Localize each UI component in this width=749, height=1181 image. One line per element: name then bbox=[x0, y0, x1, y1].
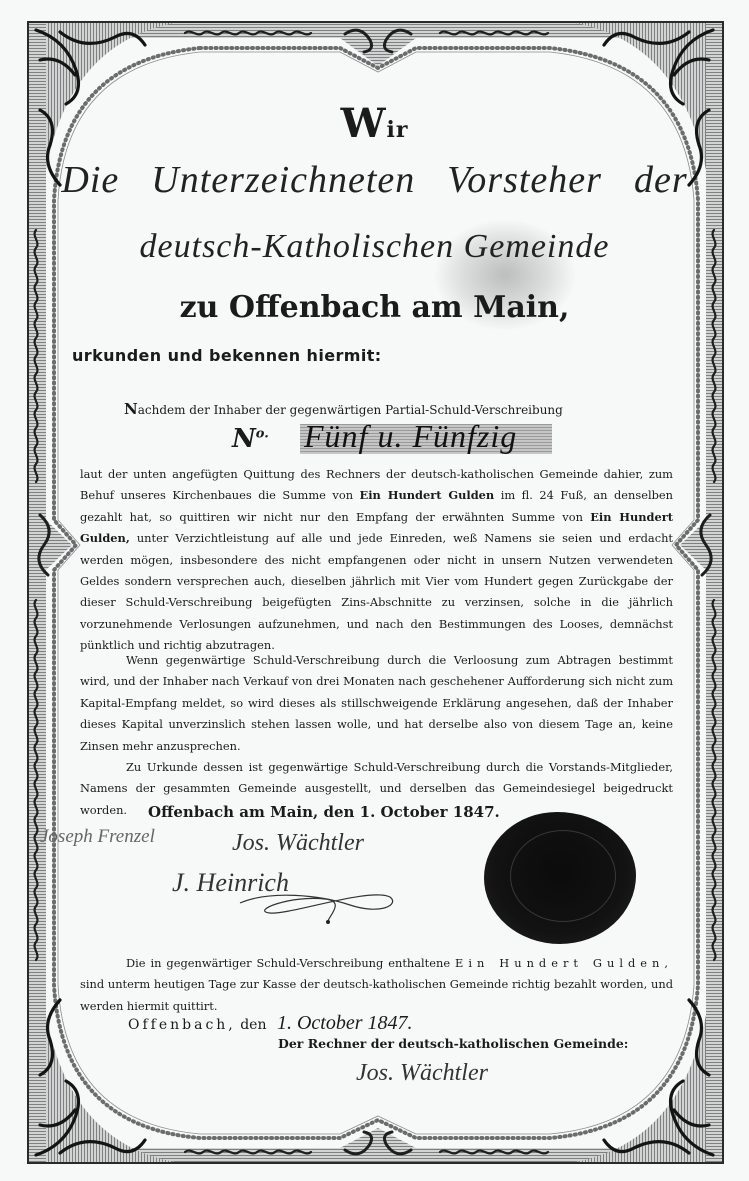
heading-wir: Wir bbox=[0, 100, 749, 147]
heading-line-2: deutsch-Katholischen Gemeinde bbox=[0, 228, 749, 266]
signature-1: Joseph Frenzel bbox=[40, 826, 155, 848]
signature-2: Jos. Wächtler bbox=[232, 830, 364, 857]
heading-line-1: DieUnterzeichnetenVorsteherder bbox=[0, 158, 749, 202]
paragraph-receipt: Die in gegenwärtiger Schuld-Verschreibun… bbox=[80, 953, 673, 1017]
number-handwritten: Fünf u. Fünfzig bbox=[304, 418, 517, 455]
treasurer-signature: Jos. Wächtler bbox=[356, 1060, 488, 1087]
paragraph-redemption: Wenn gegenwärtige Schuld-Verschreibung d… bbox=[80, 650, 673, 757]
place-date: Offenbach am Main, den 1. October 1847. bbox=[148, 803, 500, 821]
paragraph-main: laut der unten angefügten Quittung des R… bbox=[80, 464, 673, 657]
signature-flourish bbox=[230, 885, 410, 925]
intro-line: Nachdem der Inhaber der gegenwärtigen Pa… bbox=[124, 400, 563, 418]
declaration-line: urkunden und bekennen hiermit: bbox=[72, 346, 382, 365]
document-body: Wir DieUnterzeichnetenVorsteherder deuts… bbox=[0, 0, 749, 1181]
receipt-place-date: Offenbach, den 1. October 1847. bbox=[128, 1012, 412, 1035]
treasurer-title: Der Rechner der deutsch-katholischen Gem… bbox=[278, 1036, 628, 1051]
heading-line-3: zu Offenbach am Main, bbox=[0, 290, 749, 325]
seal-ring bbox=[510, 830, 616, 922]
number-label: No. bbox=[232, 424, 269, 454]
